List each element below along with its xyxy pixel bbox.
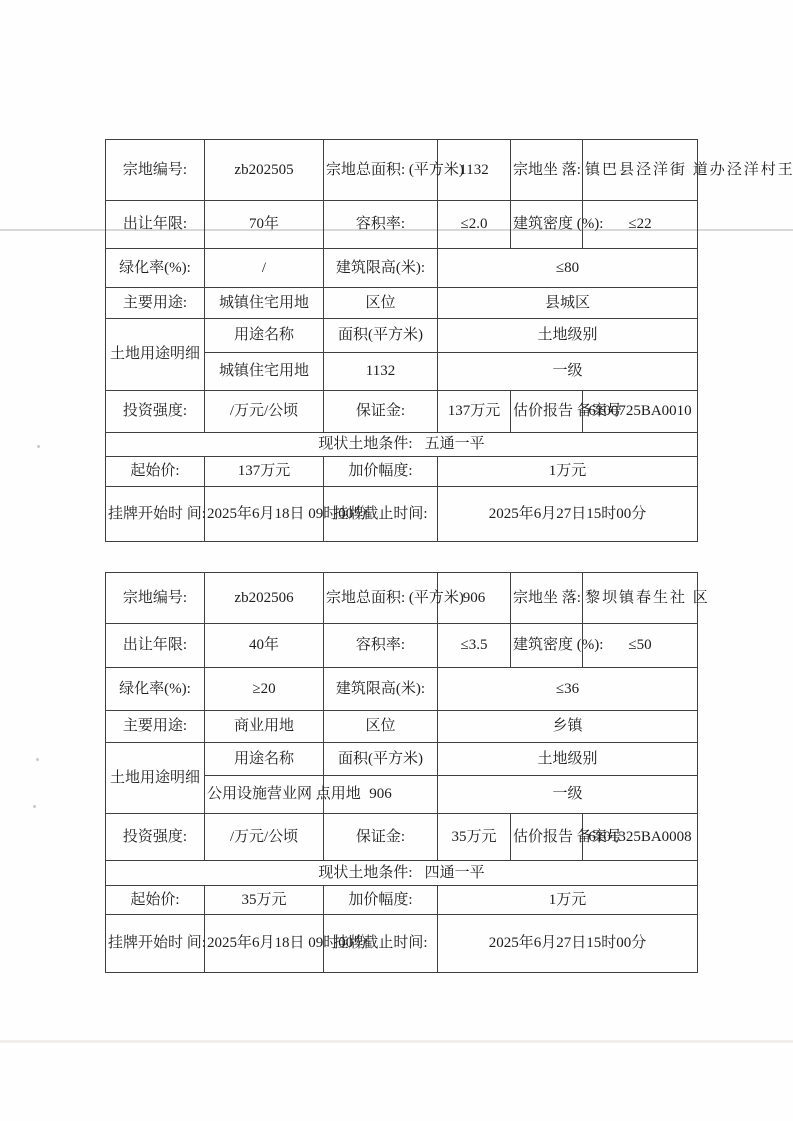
district-value: 乡镇: [438, 711, 698, 743]
listing-start-label: 挂牌开始时 间:: [106, 487, 205, 542]
investment-intensity-value: /万元/公顷: [205, 391, 324, 433]
appraisal-no-value: 6101325BA0008: [583, 814, 698, 861]
height-limit-label: 建筑限高(米):: [324, 668, 438, 711]
total-area-label: 宗地总面积: (平方米): [324, 573, 438, 624]
use-name-value: 城镇住宅用地: [205, 353, 324, 391]
current-condition-label: 现状土地条件:: [318, 865, 412, 881]
parcel-no-label: 宗地编号:: [106, 140, 205, 201]
listing-start-label: 挂牌开始时 间:: [106, 915, 205, 973]
deposit-label: 保证金:: [324, 814, 438, 861]
height-limit-value: ≤36: [438, 668, 698, 711]
scan-speck: [33, 805, 36, 808]
plot-ratio-value: ≤3.5: [438, 624, 511, 668]
deposit-value: 35万元: [438, 814, 511, 861]
current-condition-row: 现状土地条件:五通一平: [106, 433, 698, 457]
appraisal-no-value: 6100725BA0010: [583, 391, 698, 433]
land-grade-value: 一级: [438, 353, 698, 391]
increment-label: 加价幅度:: [324, 457, 438, 487]
scan-speck: [37, 445, 40, 448]
start-price-label: 起始价:: [106, 457, 205, 487]
district-label: 区位: [324, 711, 438, 743]
height-limit-label: 建筑限高(米):: [324, 249, 438, 288]
use-name-value: 公用设施营业网 点用地: [205, 776, 324, 814]
document-page: 宗地编号: zb202505 宗地总面积: (平方米) 1132 宗地坐 落: …: [0, 0, 793, 1121]
main-use-value: 商业用地: [205, 711, 324, 743]
tenure-value: 40年: [205, 624, 324, 668]
scan-fold-line-faint: [0, 1040, 793, 1043]
land-grade-value: 一级: [438, 776, 698, 814]
deposit-value: 137万元: [438, 391, 511, 433]
tenure-label: 出让年限:: [106, 624, 205, 668]
use-name-header: 用途名称: [205, 743, 324, 776]
greening-rate-value: /: [205, 249, 324, 288]
listing-end-label: 挂牌截止时间:: [324, 915, 438, 973]
start-price-value: 137万元: [205, 457, 324, 487]
district-label: 区位: [324, 288, 438, 319]
appraisal-no-label: 估价报告 备案号: [511, 391, 583, 433]
plot-ratio-label: 容积率:: [324, 201, 438, 249]
listing-start-value: 2025年6月18日 09时00分: [205, 915, 324, 973]
tenure-label: 出让年限:: [106, 201, 205, 249]
location-value: 镇巴县泾洋街 道办泾洋村王 家院子组: [583, 140, 698, 201]
current-condition-row: 现状土地条件:四通一平: [106, 861, 698, 886]
land-use-detail-label: 土地用途明细: [106, 319, 205, 391]
parcel-table-2: 宗地编号: zb202506 宗地总面积: (平方米) 906 宗地坐 落: 黎…: [105, 572, 698, 973]
location-label: 宗地坐 落:: [511, 140, 583, 201]
listing-end-value: 2025年6月27日15时00分: [438, 915, 698, 973]
plot-ratio-label: 容积率:: [324, 624, 438, 668]
land-grade-header: 土地级别: [438, 743, 698, 776]
listing-start-value: 2025年6月18日 09时00分: [205, 487, 324, 542]
plot-ratio-value: ≤2.0: [438, 201, 511, 249]
investment-intensity-label: 投资强度:: [106, 391, 205, 433]
district-value: 县城区: [438, 288, 698, 319]
greening-rate-label: 绿化率(%):: [106, 249, 205, 288]
investment-intensity-label: 投资强度:: [106, 814, 205, 861]
parcel-no-value: zb202505: [205, 140, 324, 201]
land-use-detail-label: 土地用途明细: [106, 743, 205, 814]
use-area-value: 1132: [324, 353, 438, 391]
parcel-no-value: zb202506: [205, 573, 324, 624]
tenure-value: 70年: [205, 201, 324, 249]
location-value: 黎坝镇春生社 区: [583, 573, 698, 624]
deposit-label: 保证金:: [324, 391, 438, 433]
height-limit-value: ≤80: [438, 249, 698, 288]
listing-end-label: 挂牌截止时间:: [324, 487, 438, 542]
main-use-value: 城镇住宅用地: [205, 288, 324, 319]
greening-rate-label: 绿化率(%):: [106, 668, 205, 711]
investment-intensity-value: /万元/公顷: [205, 814, 324, 861]
building-density-label: 建筑密度 (%):: [511, 624, 583, 668]
start-price-label: 起始价:: [106, 886, 205, 915]
parcel-no-label: 宗地编号:: [106, 573, 205, 624]
increment-value: 1万元: [438, 457, 698, 487]
greening-rate-value: ≥20: [205, 668, 324, 711]
building-density-label: 建筑密度 (%):: [511, 201, 583, 249]
increment-value: 1万元: [438, 886, 698, 915]
area-sqm-header: 面积(平方米): [324, 319, 438, 353]
appraisal-no-label: 估价报告 备案号: [511, 814, 583, 861]
increment-label: 加价幅度:: [324, 886, 438, 915]
location-label: 宗地坐 落:: [511, 573, 583, 624]
main-use-label: 主要用途:: [106, 288, 205, 319]
current-condition-value: 四通一平: [425, 865, 485, 881]
use-name-header: 用途名称: [205, 319, 324, 353]
area-sqm-header: 面积(平方米): [324, 743, 438, 776]
land-grade-header: 土地级别: [438, 319, 698, 353]
current-condition-value: 五通一平: [425, 436, 485, 452]
main-use-label: 主要用途:: [106, 711, 205, 743]
total-area-label: 宗地总面积: (平方米): [324, 140, 438, 201]
current-condition-label: 现状土地条件:: [318, 436, 412, 452]
scan-speck: [36, 758, 39, 761]
parcel-table-1: 宗地编号: zb202505 宗地总面积: (平方米) 1132 宗地坐 落: …: [105, 139, 698, 542]
listing-end-value: 2025年6月27日15时00分: [438, 487, 698, 542]
start-price-value: 35万元: [205, 886, 324, 915]
